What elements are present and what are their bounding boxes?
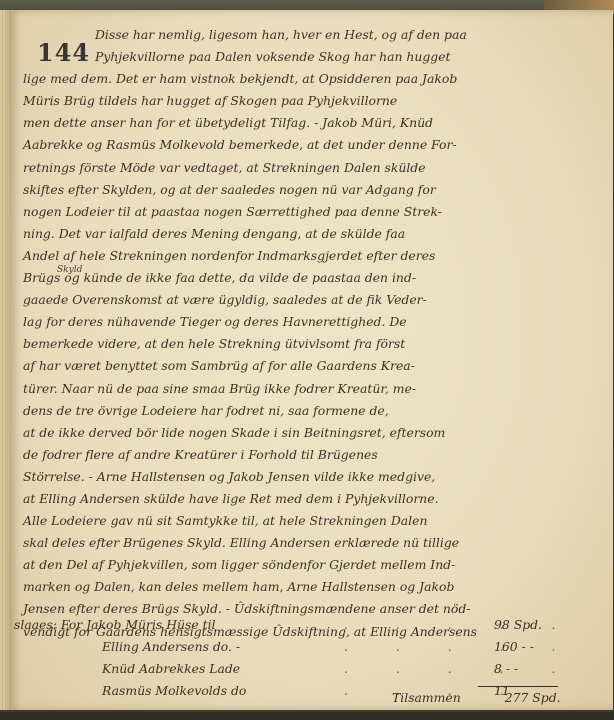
ledger-amount: 160 - - — [494, 639, 564, 654]
ledger-amount: 98 Spd. — [494, 617, 564, 632]
sum-rule — [478, 686, 558, 687]
total-label: Tilsammen — [392, 690, 461, 705]
text-line: Störrelse. - Arne Hallstensen og Jakob J… — [23, 466, 608, 488]
text-line: Brügs og künde de ikke faa dette, da vil… — [23, 267, 608, 289]
ledger-label: Elling Andersens do. - — [102, 639, 240, 654]
ledger-row: slaaes: For Jakob Müris Hüse til . . . .… — [14, 617, 594, 639]
ledger-row: Elling Andersens do. - . . . . . 160 - - — [14, 639, 594, 661]
text-line: dens de tre övrige Lodeiere har fodret n… — [23, 400, 608, 422]
text-line: marken og Dalen, kan deles mellem ham, A… — [23, 576, 608, 598]
text-line: Aabrekke og Rasmüs Molkevold bemerkede, … — [23, 134, 608, 156]
text-line: skiftes efter Skylden, og at der saalede… — [23, 179, 608, 201]
ledger-amount: 8 - - — [494, 661, 564, 676]
text-line: Müris Brüg tildels har hugget af Skogen … — [23, 90, 608, 112]
text-line: gaaede Overenskomst at være ügyldig, saa… — [23, 289, 608, 311]
text-line: men dette anser han for et übetydeligt T… — [23, 112, 608, 134]
text-line: af har været benyttet som Sambrüg af for… — [23, 355, 608, 377]
manuscript-page: 144 Disse har nemlig, ligesom han, hver … — [6, 10, 613, 710]
ledger-intro: slaaes: For Jakob Müris Hüse til — [14, 617, 216, 632]
text-line: de fodrer flere af andre Kreatürer i For… — [23, 444, 608, 466]
text-line: bemerkede videre, at den hele Strekning … — [23, 333, 608, 355]
ledger-label: Rasmüs Molkevolds do — [102, 683, 246, 698]
text-line: Disse har nemlig, ligesom han, hver en H… — [23, 24, 608, 46]
text-line: Andel af hele Strekningen nordenfor Indm… — [23, 245, 608, 267]
ledger-label: Knüd Aabrekkes Lade — [102, 661, 240, 676]
text-line: nogen Lodeier til at paastaa nogen Særre… — [23, 201, 608, 223]
total-amount: 277 Spd. — [505, 690, 561, 705]
text-line: at de ikke derved bör lide nogen Skade i… — [23, 422, 608, 444]
text-line: skal deles efter Brügenes Skyld. Elling … — [23, 532, 608, 554]
text-line: türer. Naar nü de paa sine smaa Brüg ikk… — [23, 378, 608, 400]
text-line: Alle Lodeiere gav nü sit Samtykke til, a… — [23, 510, 608, 532]
text-line: retnings förste Möde var vedtaget, at St… — [23, 157, 608, 179]
superscript-insertion: Skyld — [57, 259, 82, 281]
handwritten-text: Disse har nemlig, ligesom han, hver en H… — [23, 24, 608, 643]
text-line: lag for deres nühavende Tieger og deres … — [23, 311, 608, 333]
text-line: ning. Det var ialfald deres Mening denga… — [23, 223, 608, 245]
ledger-row: Knüd Aabrekkes Lade . . . . . 8 - - — [14, 661, 594, 683]
text-line: lige med dem. Det er ham vistnok bekjend… — [23, 68, 608, 90]
text-line: at den Del af Pyhjekvillen, som ligger s… — [23, 554, 608, 576]
text-line: at Elling Andersen skülde have lige Ret … — [23, 488, 608, 510]
ledger-total: Tilsammen 277 Spd. — [392, 690, 561, 705]
scan-bottom-edge — [0, 712, 614, 720]
text-line: Pyhjekvillorne paa Dalen voksende Skog h… — [23, 46, 608, 68]
